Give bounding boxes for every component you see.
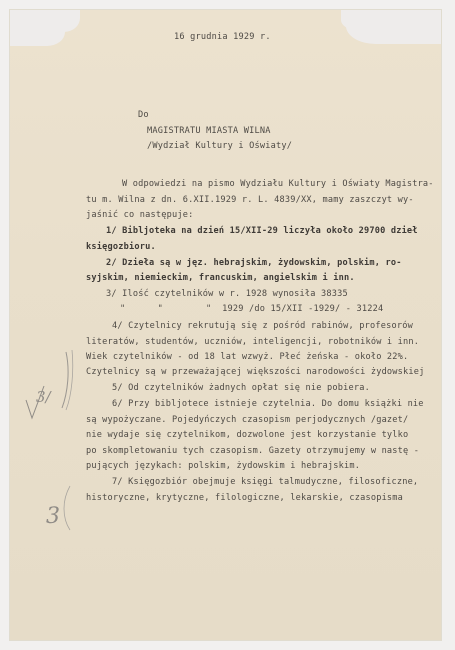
handwritten-margin-mark: 3/ [36, 388, 51, 406]
handwritten-page-number: 3 [46, 504, 60, 529]
pencil-margin-marks [0, 0, 455, 650]
